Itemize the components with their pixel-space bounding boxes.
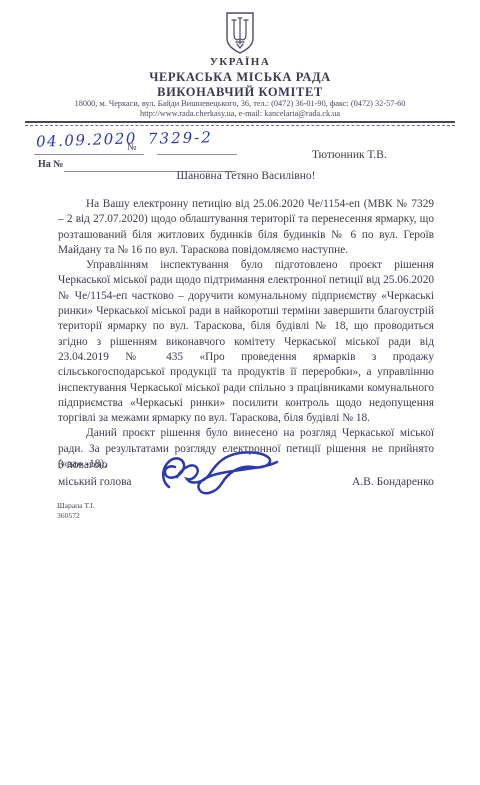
- letterhead-address: 18000, м. Черкаси, вул. Байди Вишневецьк…: [0, 99, 480, 108]
- executor-name: Шарапа Т.І.: [57, 501, 95, 510]
- body-paragraph-2: Управлінням інспектування було підготовл…: [58, 258, 434, 426]
- letter-body: На Вашу електронну петицію від 25.06.202…: [58, 197, 434, 472]
- letterhead-divider-bottom: [25, 125, 455, 126]
- signer-name: А.В. Бондаренко: [352, 476, 434, 488]
- salutation: Шановна Тетяно Василівно!: [58, 170, 434, 182]
- letterhead-country: УКРАЇНА: [0, 56, 480, 68]
- ukraine-trident-emblem: [224, 11, 256, 60]
- scanned-letter-page: УКРАЇНА ЧЕРКАСЬКА МІСЬКА РАДА ВИКОНАВЧИЙ…: [0, 0, 480, 785]
- handwritten-signature: [153, 447, 289, 510]
- handwritten-date: 04.09.2020: [36, 129, 137, 151]
- letterhead-divider-top: [25, 121, 455, 123]
- reply-to-number-label: На №: [38, 159, 63, 170]
- handwritten-document-number: 7329-2: [148, 128, 213, 148]
- date-underline: [34, 154, 144, 155]
- addressee-name: Тютюнник Т.В.: [312, 149, 387, 161]
- letterhead-department: ВИКОНАВЧИЙ КОМІТЕТ: [0, 85, 480, 100]
- signer-title: міський голова: [58, 476, 132, 488]
- executor-phone: 360572: [57, 511, 80, 520]
- body-paragraph-1: На Вашу електронну петицію від 25.06.202…: [58, 197, 434, 258]
- document-number-label: №: [127, 142, 137, 153]
- letterhead-organization: ЧЕРКАСЬКА МІСЬКА РАДА: [0, 70, 480, 85]
- number-underline: [157, 154, 237, 155]
- letterhead-web-email: http://www.rada.cherkasy.ua, e-mail: kan…: [0, 109, 480, 118]
- closing-phrase: З повагою: [58, 459, 108, 471]
